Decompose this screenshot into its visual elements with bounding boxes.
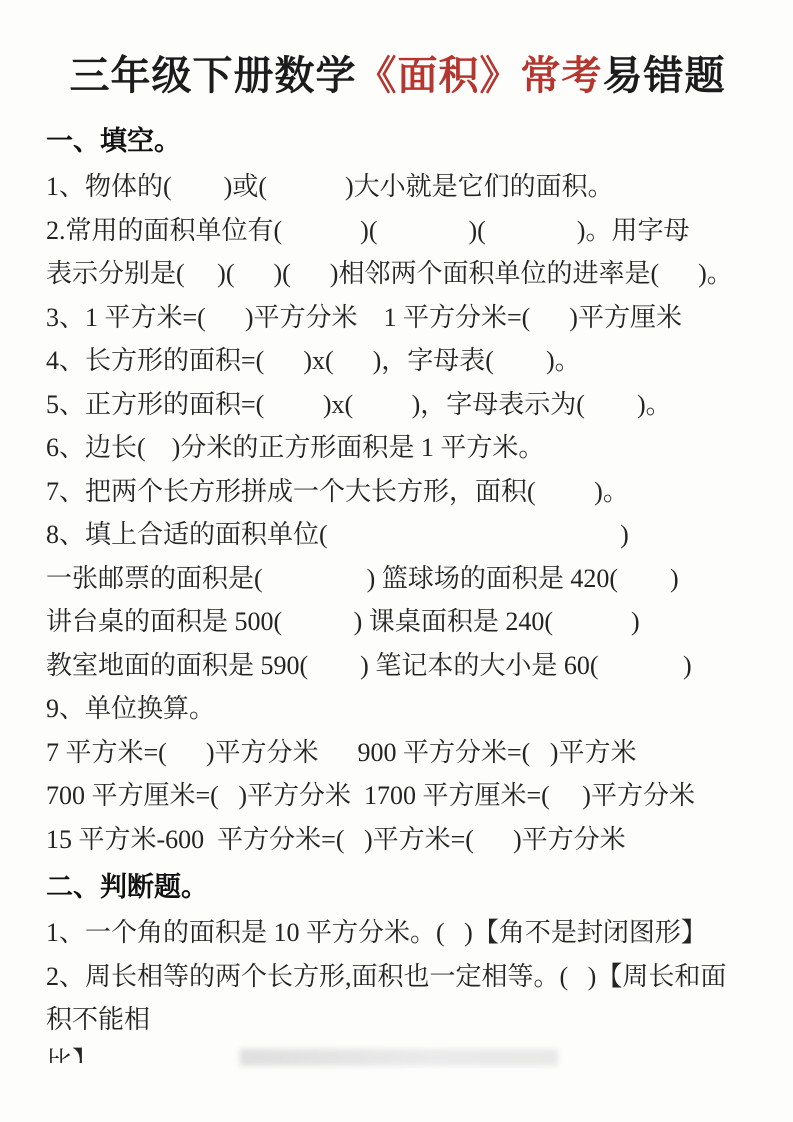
worksheet-line: 7 平方米=( )平方分米 900 平方分米=( )平方米 (46, 731, 749, 775)
title-part-black-prefix: 三年级下册数学 (70, 53, 357, 98)
page-title: 三年级下册数学《面积》常考易错题 (46, 44, 749, 101)
worksheet-line: 8、填上合适的面积单位( ) (46, 513, 749, 557)
worksheet-line: 5、正方形的面积=( )x( )，字母表示为( )。 (46, 383, 749, 427)
watermark-smudge (240, 1049, 558, 1066)
worksheet-line: 讲台桌的面积是 500( ) 课桌面积是 240( ) (46, 600, 749, 644)
section-heading-fill-in-blanks: 一、填空。 (46, 121, 749, 161)
section-heading-true-false: 二、判断题。 (46, 867, 749, 907)
title-part-red: 《面积》常考 (357, 53, 603, 98)
worksheet-line: 2.常用的面积单位有( )( )( )。用字母 (46, 209, 749, 253)
title-part-black-suffix: 易错题 (603, 53, 726, 98)
worksheet-line: 表示分别是( )( )( )相邻两个面积单位的进率是( )。 (46, 252, 749, 296)
worksheet-line: 4、长方形的面积=( )x( )，字母表( )。 (46, 339, 749, 383)
worksheet-line: 15 平方米-600 平方分米=( )平方米=( )平方分米 (46, 818, 749, 862)
worksheet-page: 三年级下册数学《面积》常考易错题 一、填空。 1、物体的( )或( )大小就是它… (0, 0, 793, 1063)
worksheet-line: 9、单位换算。 (46, 687, 749, 731)
worksheet-line: 一张邮票的面积是( ) 篮球场的面积是 420( ) (46, 557, 749, 601)
worksheet-line: 3、1 平方米=( )平方分米 1 平方分米=( )平方厘米 (46, 296, 749, 340)
worksheet-line: 1、物体的( )或( )大小就是它们的面积。 (46, 165, 749, 209)
worksheet-line: 教室地面的面积是 590( ) 笔记本的大小是 60( ) (46, 644, 749, 688)
worksheet-line: 700 平方厘米=( )平方分米 1700 平方厘米=( )平方分米 (46, 774, 749, 818)
worksheet-line: 2、周长相等的两个长方形,面积也一定相等。( )【周长和面积不能相 (46, 955, 749, 1042)
worksheet-line: 7、把两个长方形拼成一个大长方形，面积( )。 (46, 470, 749, 514)
worksheet-line: 6、边长( )分米的正方形面积是 1 平方米。 (46, 426, 749, 470)
worksheet-line: 1、一个角的面积是 10 平方分米。( )【角不是封闭图形】 (46, 911, 749, 955)
